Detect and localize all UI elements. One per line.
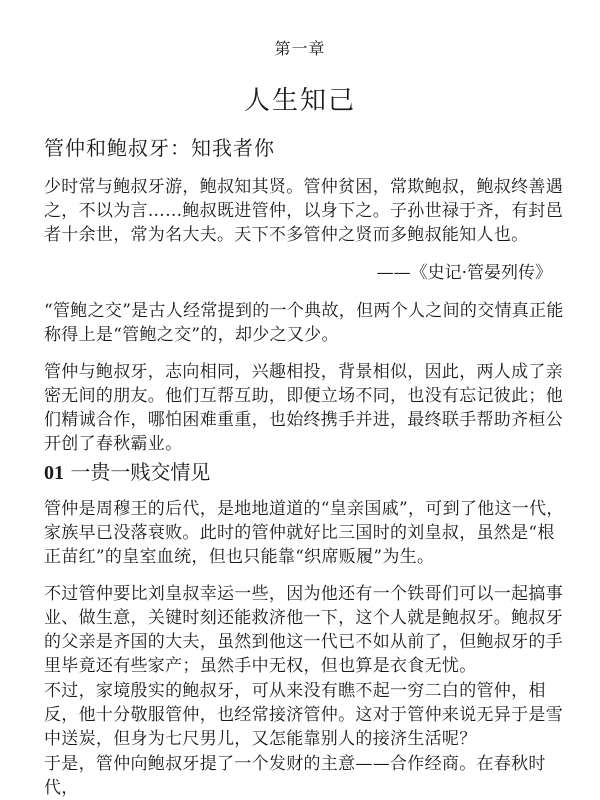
paragraph: 管仲与鲍叔牙，志向相同，兴趣相投，背景相似，因此，两人成了亲密无间的朋友。他们互… (44, 360, 564, 456)
paragraph: 管仲是周穆王的后代，是地地道道的“皇亲国戚”，可到了他这一代，家族早已没落衰败。… (44, 497, 564, 569)
subsection-title: 01 一贵一贱交情见 (44, 456, 210, 485)
section-title: 管仲和鲍叔牙：知我者你 (44, 132, 275, 161)
quote-source: ——《史记·管晏列传》 (377, 261, 552, 285)
paragraph: 于是，管仲向鲍叔牙提了一个发财的主意——合作经商。在春秋时代， (44, 752, 564, 800)
document-page: 第一章 人生知己 管仲和鲍叔牙：知我者你 少时常与鲍叔牙游，鲍叔知其贤。管仲贫困… (0, 0, 600, 800)
subsection-number: 01 (44, 462, 64, 484)
paragraph: “管鲍之交”是古人经常提到的一个典故，但两个人之间的交情真正能称得上是“管鲍之交… (44, 299, 564, 347)
paragraph: 不过管仲要比刘皇叔幸运一些，因为他还有一个铁哥们可以一起搞事业、做生意，关键时刻… (44, 582, 564, 678)
paragraph: 不过，家境殷实的鲍叔牙，可从来没有瞧不起一穷二白的管仲，相反，他十分敬服管仲，也… (44, 679, 564, 751)
chapter-number: 第一章 (0, 36, 600, 59)
quote-text: 少时常与鲍叔牙游，鲍叔知其贤。管仲贫困，常欺鲍叔，鲍叔终善遇之，不以为言……鲍叔… (44, 175, 564, 247)
subsection-title-text: 一贵一贱交情见 (70, 460, 210, 484)
chapter-title: 人生知己 (0, 80, 600, 117)
